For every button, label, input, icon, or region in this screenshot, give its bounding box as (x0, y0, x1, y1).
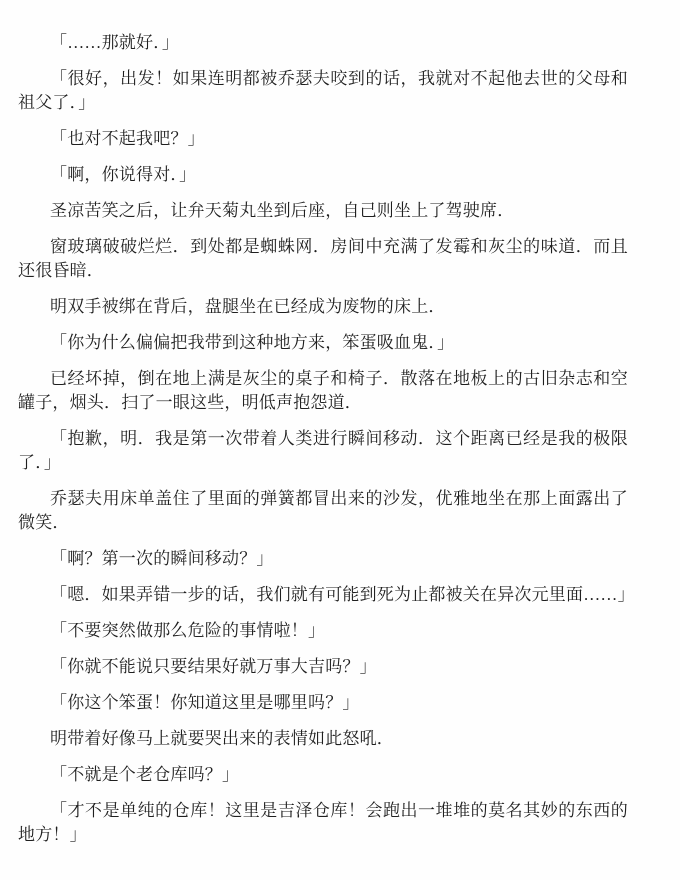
document-page: 「……那就好．」「很好，出发！如果连明都被乔瑟夫咬到的话，我就对不起他去世的父母… (0, 0, 680, 880)
paragraph: 明双手被绑在背后，盘腿坐在已经成为废物的床上． (18, 295, 628, 319)
paragraph: 「不要突然做那么危险的事情啦！」 (18, 619, 628, 643)
paragraph: 窗玻璃破破烂烂．到处都是蜘蛛网．房间中充满了发霉和灰尘的味道．而且还很昏暗． (18, 235, 628, 283)
paragraph: 「你就不能说只要结果好就万事大吉吗？」 (18, 655, 628, 679)
paragraph: 「很好，出发！如果连明都被乔瑟夫咬到的话，我就对不起他去世的父母和祖父了．」 (18, 67, 628, 115)
paragraph: 「嗯．如果弄错一步的话，我们就有可能到死为止都被关在异次元里面……」 (18, 583, 628, 607)
paragraph: 圣凉苦笑之后，让弁天菊丸坐到后座，自己则坐上了驾驶席． (18, 199, 628, 223)
paragraph: 明带着好像马上就要哭出来的表情如此怒吼． (18, 727, 628, 751)
paragraph: 「才不是单纯的仓库！这里是吉泽仓库！会跑出一堆堆的莫名其妙的东西的地方！」 (18, 799, 628, 847)
paragraph: 「你为什么偏偏把我带到这种地方来，笨蛋吸血鬼．」 (18, 331, 628, 355)
paragraph: 「也对不起我吧？」 (18, 127, 628, 151)
text-column: 「……那就好．」「很好，出发！如果连明都被乔瑟夫咬到的话，我就对不起他去世的父母… (18, 31, 628, 847)
paragraph: 「……那就好．」 (18, 31, 628, 55)
paragraph: 「不就是个老仓库吗？」 (18, 763, 628, 787)
paragraph: 已经坏掉，倒在地上满是灰尘的桌子和椅子．散落在地板上的古旧杂志和空罐子，烟头．扫… (18, 367, 628, 415)
paragraph: 乔瑟夫用床单盖住了里面的弹簧都冒出来的沙发，优雅地坐在那上面露出了微笑． (18, 487, 628, 535)
paragraph: 「你这个笨蛋！你知道这里是哪里吗？」 (18, 691, 628, 715)
paragraph: 「啊？第一次的瞬间移动？」 (18, 547, 628, 571)
paragraph: 「啊，你说得对．」 (18, 163, 628, 187)
paragraph: 「抱歉，明．我是第一次带着人类进行瞬间移动．这个距离已经是我的极限了．」 (18, 427, 628, 475)
